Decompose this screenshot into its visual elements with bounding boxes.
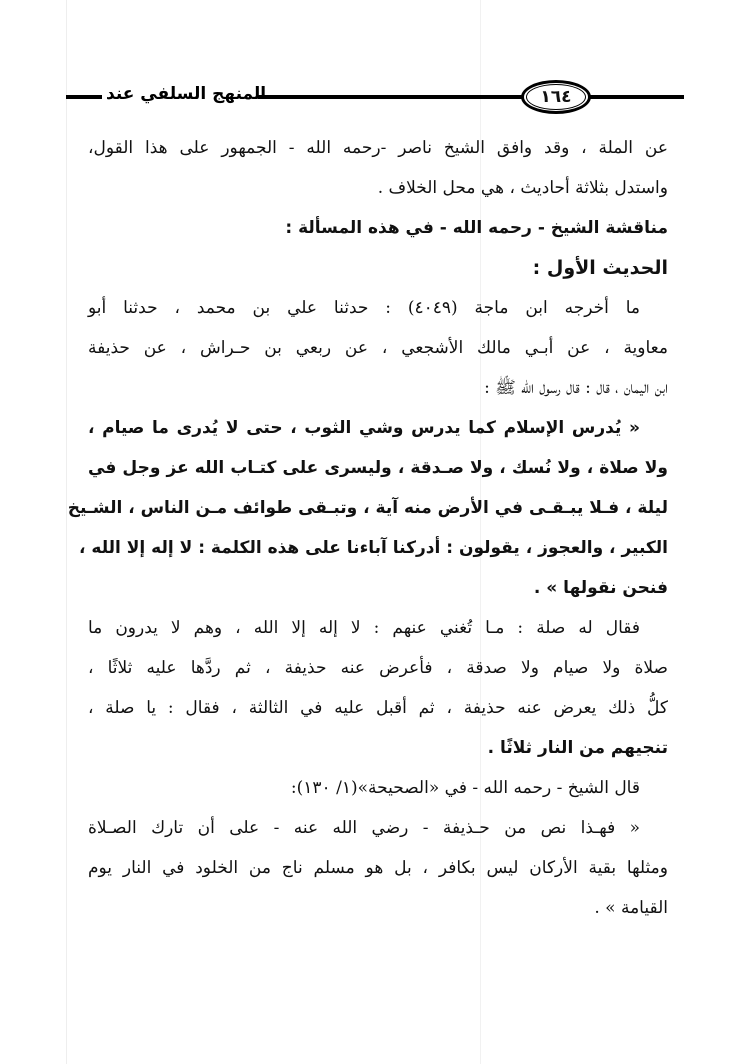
text-line: تنجيهم من النار ثلاثًا .	[88, 728, 668, 768]
text-line: ابن اليمان ، قال : قال رسول الله ﷺ :	[88, 368, 668, 408]
text-line: معاوية ، عن أبـي مالك الأشجعي ، عن ربعي …	[88, 328, 668, 368]
quote-line: ومثلها بقية الأركان ليس بكافر ، بل هو مس…	[88, 848, 668, 888]
page-number: ١٦٤	[526, 84, 586, 110]
text-line: فقال له صلة : مـا تُغني عنهم : لا إله إل…	[88, 608, 668, 648]
hadith-line: فنحن نقولها » .	[88, 568, 668, 608]
hadith-line: الكبير ، والعجوز ، يقولون : أدركنا آباءن…	[88, 528, 668, 568]
hadith-line: « يُدرس الإسلام كما يدرس وشي الثوب ، حتى…	[88, 408, 668, 448]
hadith-line: ولا صلاة ، ولا نُسك ، ولا صـدقة ، وليسرى…	[88, 448, 668, 488]
page-number-badge: ١٦٤	[521, 80, 591, 114]
hadith-line: ليلة ، فـلا يبـقـى في الأرض منه آية ، وت…	[88, 488, 668, 528]
book-page: المنهج السلفي عند ١٦٤ عن الملة ، وقد واف…	[0, 0, 743, 1064]
page-body: عن الملة ، وقد وافق الشيخ ناصر -رحمه الل…	[88, 128, 668, 928]
citation-line: قال الشيخ - رحمه الله - في «الصحيحة»(١/ …	[88, 768, 668, 808]
running-title: المنهج السلفي عند	[106, 84, 266, 104]
page-header: المنهج السلفي عند ١٦٤	[66, 78, 684, 118]
section-heading: مناقشة الشيخ - رحمه الله - في هذه المسأل…	[88, 208, 668, 248]
text-line: صلاة ولا صيام ولا صدقة ، فأعرض عنه حذيفة…	[88, 648, 668, 688]
text-line: واستدل بثلاثة أحاديث ، هي محل الخلاف .	[88, 168, 668, 208]
quote-line: « فهـذا نص من حـذيفة - رضي الله عنه - عل…	[88, 808, 668, 848]
text-line: كلُّ ذلك يعرض عنه حذيفة ، ثم أقبل عليه ف…	[88, 688, 668, 728]
subsection-heading: الحديث الأول :	[88, 248, 668, 288]
text-line: ما أخرجه ابن ماجة (٤٠٤٩) : حدثنا علي بن …	[88, 288, 668, 328]
header-rule-middle	[258, 95, 523, 99]
header-rule-right	[589, 95, 684, 99]
text-line: عن الملة ، وقد وافق الشيخ ناصر -رحمه الل…	[88, 128, 668, 168]
scan-artifact	[66, 0, 67, 1064]
quote-line: القيامة » .	[88, 888, 668, 928]
header-rule-left	[66, 95, 102, 99]
